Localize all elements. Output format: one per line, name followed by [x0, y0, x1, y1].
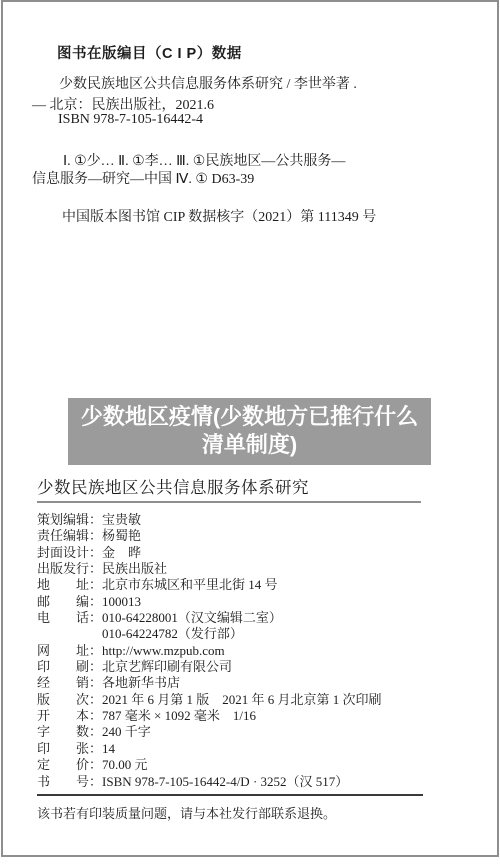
colophon-label: 邮 编：: [37, 594, 102, 609]
colophon-label: 电 话：: [37, 610, 102, 625]
colophon-row: 地 址：北京市东城区和平里北街 14 号: [37, 577, 382, 593]
colophon-row: 字 数：240 千字: [37, 724, 382, 740]
colophon-label: 定 价：: [37, 757, 102, 772]
colophon-row: 邮 编：100013: [37, 594, 382, 610]
colophon-label: [37, 626, 102, 641]
colophon-row: 开 本：787 毫米 × 1092 毫米 1/16: [37, 708, 382, 724]
cip-publisher-line: — 北京：民族出版社，2021.6: [32, 94, 214, 114]
colophon-row: 010-64224782（发行部）: [37, 626, 382, 642]
cip-title-line: 少数民族地区公共信息服务体系研究 / 李世举著 .: [59, 73, 357, 93]
colophon-row: 出版发行：民族出版社: [37, 561, 382, 577]
colophon-row: 定 价：70.00 元: [37, 757, 382, 773]
colophon-value: 民族出版社: [102, 561, 167, 576]
colophon-label: 网 址：: [37, 643, 102, 658]
colophon-value: ISBN 978-7-105-16442-4/D · 3252（汉 517）: [102, 774, 348, 789]
cip-record-number-line: 中国版本图书馆 CIP 数据核字（2021）第 111349 号: [62, 206, 376, 226]
book-title: 少数民族地区公共信息服务体系研究: [37, 474, 309, 498]
colophon-row: 印 张：14: [37, 741, 382, 757]
colophon-value: 787 毫米 × 1092 毫米 1/16: [102, 708, 256, 723]
cip-classification-line-2: 信息服务—研究—中国 Ⅳ. ① D63-39: [32, 168, 254, 188]
colophon-label: 印 刷：: [37, 659, 102, 674]
colophon-value: 14: [102, 741, 115, 756]
colophon-value: 010-64224782（发行部）: [102, 626, 243, 641]
colophon-row: 经 销：各地新华书店: [37, 675, 382, 691]
colophon-row: 书 号：ISBN 978-7-105-16442-4/D · 3252（汉 51…: [37, 774, 382, 790]
colophon-label: 开 本：: [37, 708, 102, 723]
colophon-row: 版 次：2021 年 6 月第 1 版 2021 年 6 月北京第 1 次印刷: [37, 692, 382, 708]
colophon-list: 策划编辑：宝贵敏 责任编辑：杨蜀艳 封面设计：金 晔 出版发行：民族出版社 地 …: [37, 512, 382, 790]
overlay-caption-banner: 少数地区疫情(少数地方已推行什么 清单制度): [68, 398, 431, 465]
colophon-label: 地 址：: [37, 577, 102, 592]
colophon-value: 北京艺辉印刷有限公司: [102, 659, 232, 674]
cip-classification-line-1: Ⅰ. ①少… Ⅱ. ①李… Ⅲ. ①民族地区—公共服务—: [63, 150, 345, 170]
colophon-label: 责任编辑：: [37, 528, 102, 543]
colophon-label: 经 销：: [37, 675, 102, 690]
colophon-row: 印 刷：北京艺辉印刷有限公司: [37, 659, 382, 675]
colophon-label: 策划编辑：: [37, 512, 102, 527]
colophon-value: 金 晔: [102, 545, 141, 560]
colophon-label: 出版发行：: [37, 561, 102, 576]
colophon-row: 电 话：010-64228001（汉文编辑二室）: [37, 610, 382, 626]
overlay-caption-line-1: 少数地区疫情(少数地方已推行什么: [68, 403, 431, 431]
colophon-row: 封面设计：金 晔: [37, 545, 382, 561]
colophon-value: 北京市东城区和平里北街 14 号: [102, 577, 278, 592]
colophon-value: http://www.mzpub.com: [102, 643, 225, 658]
title-divider-rule: [37, 501, 421, 503]
colophon-value: 2021 年 6 月第 1 版 2021 年 6 月北京第 1 次印刷: [102, 692, 382, 707]
cip-header: 图书在版编目（C I P）数据: [57, 42, 242, 63]
footer-quality-note: 该书若有印装质量问题，请与本社发行部联系退换。: [37, 803, 336, 822]
colophon-label: 印 张：: [37, 741, 102, 756]
colophon-value: 010-64228001（汉文编辑二室）: [102, 610, 282, 625]
colophon-row: 责任编辑：杨蜀艳: [37, 528, 382, 544]
colophon-value: 宝贵敏: [102, 512, 141, 527]
colophon-row: 策划编辑：宝贵敏: [37, 512, 382, 528]
colophon-label: 封面设计：: [37, 545, 102, 560]
colophon-value: 杨蜀艳: [102, 528, 141, 543]
colophon-label: 版 次：: [37, 692, 102, 707]
overlay-caption-line-2: 清单制度): [68, 431, 431, 459]
footer-divider-rule: [37, 794, 423, 796]
colophon-row: 网 址：http://www.mzpub.com: [37, 643, 382, 659]
colophon-value: 240 千字: [102, 724, 151, 739]
colophon-label: 字 数：: [37, 724, 102, 739]
colophon-label: 书 号：: [37, 774, 102, 789]
colophon-value: 70.00 元: [102, 757, 148, 772]
cip-isbn-line: ISBN 978-7-105-16442-4: [58, 112, 203, 128]
colophon-value: 各地新华书店: [102, 675, 180, 690]
colophon-value: 100013: [102, 594, 141, 609]
